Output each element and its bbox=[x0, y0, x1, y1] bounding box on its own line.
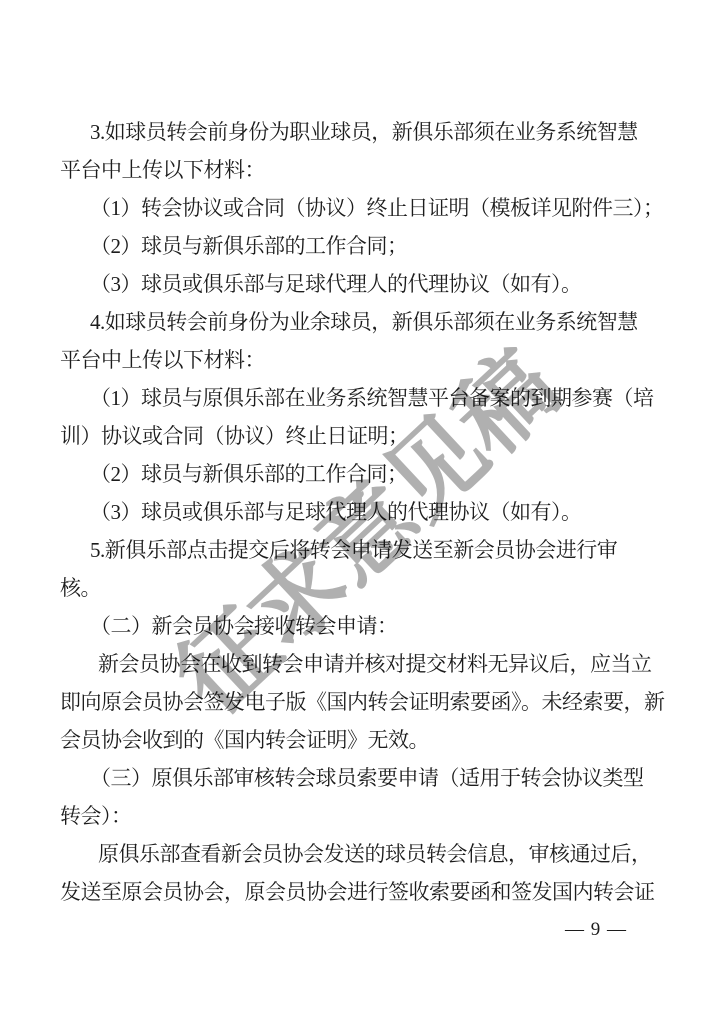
text-line: 5.新俱乐部点击提交后将转会申请发送至新会员协会进行审 bbox=[60, 531, 666, 569]
text-line: （1）球员与原俱乐部在业务系统智慧平台备案的到期参赛（培 bbox=[60, 379, 666, 417]
document-page: 3.如球员转会前身份为职业球员，新俱乐部须在业务系统智慧平台中上传以下材料：（1… bbox=[0, 0, 720, 1018]
text-line: 平台中上传以下材料： bbox=[60, 341, 666, 379]
text-line: 转会）： bbox=[60, 797, 666, 835]
text-line: 即向原会员协会签发电子版《国内转会证明索要函》。未经索要，新 bbox=[60, 683, 666, 721]
text-line: （3）球员或俱乐部与足球代理人的代理协议（如有）。 bbox=[60, 493, 666, 531]
text-line: 训）协议或合同（协议）终止日证明； bbox=[60, 417, 666, 455]
text-line: （1）转会协议或合同（协议）终止日证明（模板详见附件三）； bbox=[60, 189, 666, 227]
text-line: （2）球员与新俱乐部的工作合同； bbox=[60, 227, 666, 265]
text-line: 3.如球员转会前身份为职业球员，新俱乐部须在业务系统智慧 bbox=[60, 113, 666, 151]
page-number: — 9 — bbox=[565, 918, 627, 942]
text-line: 核。 bbox=[60, 569, 666, 607]
text-line: 发送至原会员协会，原会员协会进行签收索要函和签发国内转会证 bbox=[60, 873, 666, 911]
text-line: 平台中上传以下材料： bbox=[60, 151, 666, 189]
text-line: 原俱乐部查看新会员协会发送的球员转会信息，审核通过后， bbox=[60, 835, 666, 873]
text-line: 会员协会收到的《国内转会证明》无效。 bbox=[60, 721, 666, 759]
text-line: （二）新会员协会接收转会申请： bbox=[60, 607, 666, 645]
text-line: （三）原俱乐部审核转会球员索要申请（适用于转会协议类型 bbox=[60, 759, 666, 797]
text-line: （3）球员或俱乐部与足球代理人的代理协议（如有）。 bbox=[60, 265, 666, 303]
text-line: （2）球员与新俱乐部的工作合同； bbox=[60, 455, 666, 493]
document-body: 3.如球员转会前身份为职业球员，新俱乐部须在业务系统智慧平台中上传以下材料：（1… bbox=[60, 113, 666, 911]
text-line: 4.如球员转会前身份为业余球员，新俱乐部须在业务系统智慧 bbox=[60, 303, 666, 341]
text-line: 新会员协会在收到转会申请并核对提交材料无异议后，应当立 bbox=[60, 645, 666, 683]
